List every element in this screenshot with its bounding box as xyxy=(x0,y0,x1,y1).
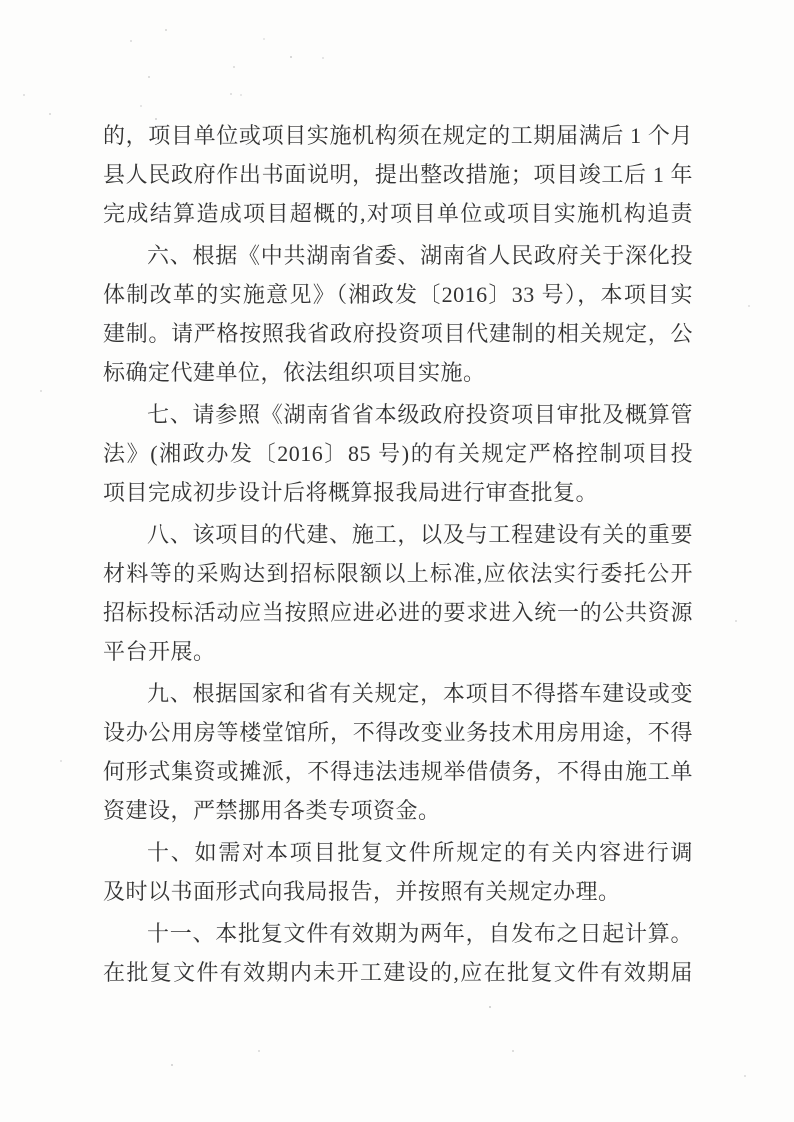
paragraph-clause-7: 七、请参照《湖南省省本级政府投资项目审批及概算管理办 法》(湘政办发〔2016〕… xyxy=(103,395,693,512)
text-line: 材料等的采购达到招标限额以上标准,应依法实行委托公开招标， xyxy=(103,554,693,593)
text-line: 何形式集资或摊派，不得违法违规举借债务，不得由施工单位垫 xyxy=(103,752,693,791)
text-line: 九、根据国家和省有关规定，本项目不得搭车建设或变相建 xyxy=(103,674,693,713)
paragraph-clause-9: 九、根据国家和省有关规定，本项目不得搭车建设或变相建 设办公用房等楼堂馆所，不得… xyxy=(103,674,693,830)
text-line: 及时以书面形式向我局报告，并按照有关规定办理。 xyxy=(103,872,693,911)
paragraph-clause-8: 八、该项目的代建、施工，以及与工程建设有关的重要设备、 材料等的采购达到招标限额… xyxy=(103,515,693,671)
text-line: 十一、本批复文件有效期为两年，自发布之日起计算。项目 xyxy=(103,914,693,953)
text-line: 县人民政府作出书面说明，提出整改措施；项目竣工后 1 年内未 xyxy=(103,155,693,194)
text-line: 十、如需对本项目批复文件所规定的有关内容进行调整，请 xyxy=(103,833,693,872)
paragraph-clause-10: 十、如需对本项目批复文件所规定的有关内容进行调整，请 及时以书面形式向我局报告，… xyxy=(103,833,693,911)
text-line: 七、请参照《湖南省省本级政府投资项目审批及概算管理办 xyxy=(103,395,693,434)
paragraph-clause-11: 十一、本批复文件有效期为两年，自发布之日起计算。项目 在批复文件有效期内未开工建… xyxy=(103,914,693,992)
text-line: 设办公用房等楼堂馆所，不得改变业务技术用房用途，不得搞任 xyxy=(103,713,693,752)
text-line: 法》(湘政办发〔2016〕85 号)的有关规定严格控制项目投资，本 xyxy=(103,434,693,473)
text-line: 平台开展。 xyxy=(103,632,693,671)
document-page: 的，项目单位或项目实施机构须在规定的工期届满后 1 个月内向 县人民政府作出书面… xyxy=(0,0,794,1122)
text-line: 体制改革的实施意见》（湘政发〔2016〕33 号），本项目实行代 xyxy=(103,275,693,314)
text-line: 六、根据《中共湖南省委、湖南省人民政府关于深化投融资 xyxy=(103,236,693,275)
text-line: 项目完成初步设计后将概算报我局进行审查批复。 xyxy=(103,473,693,512)
text-line: 建制。请严格按照我省政府投资项目代建制的相关规定，公开招 xyxy=(103,314,693,353)
paragraph-continuation: 的，项目单位或项目实施机构须在规定的工期届满后 1 个月内向 县人民政府作出书面… xyxy=(103,116,693,233)
text-line: 完成结算造成项目超概的,对项目单位或项目实施机构追责问责。 xyxy=(103,194,693,233)
scan-noise xyxy=(0,0,2,2)
text-line: 在批复文件有效期内未开工建设的,应在批复文件有效期届满 30 xyxy=(103,953,693,992)
text-line: 的，项目单位或项目实施机构须在规定的工期届满后 1 个月内向 xyxy=(103,116,693,155)
text-line: 八、该项目的代建、施工，以及与工程建设有关的重要设备、 xyxy=(103,515,693,554)
document-body: 的，项目单位或项目实施机构须在规定的工期届满后 1 个月内向 县人民政府作出书面… xyxy=(103,116,693,992)
text-line: 资建设，严禁挪用各类专项资金。 xyxy=(103,791,693,830)
paragraph-clause-6: 六、根据《中共湖南省委、湖南省人民政府关于深化投融资 体制改革的实施意见》（湘政… xyxy=(103,236,693,392)
text-line: 招标投标活动应当按照应进必进的要求进入统一的公共资源交易 xyxy=(103,593,693,632)
text-line: 标确定代建单位，依法组织项目实施。 xyxy=(103,353,693,392)
